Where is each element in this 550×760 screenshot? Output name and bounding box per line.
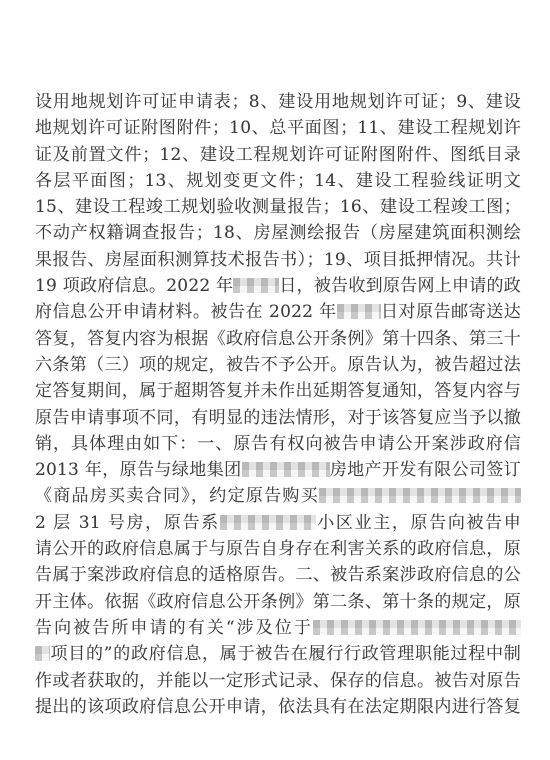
- text-segment: 告向被告所申请的有关“涉及位于: [35, 618, 313, 638]
- text-segment: 日，被告收到原告网上申请的政: [279, 276, 521, 296]
- document-line: 证及前置文件；12、建设工程规划许可证附图附件、图纸目录及: [35, 142, 521, 168]
- text-segment: 作或者获取的，并能以一定形式记录、保存的信息。被告对原告: [35, 671, 521, 691]
- redaction-block: [35, 646, 50, 661]
- redaction-block: [319, 488, 521, 503]
- text-segment: 答复，答复内容为根据《政府信息公开条例》第十四条、第三十: [35, 329, 521, 349]
- document-line: 定答复期间，属于超期答复并未作出延期答复通知，答复内容与: [35, 378, 521, 404]
- redaction-block: [337, 304, 381, 319]
- document-line: 项目的”的政府信息，属于被告在履行行政管理职能过程中制: [35, 641, 521, 667]
- text-segment: 2013 年，原告与绿地集团: [35, 460, 242, 480]
- redaction-block: [313, 620, 521, 635]
- text-segment: 请公开的政府信息属于与原告自身存在利害关系的政府信息，原: [35, 539, 521, 559]
- text-segment: 2 层 31 号房，原告系: [35, 513, 220, 533]
- redaction-block: [242, 462, 330, 477]
- document-line: 设用地规划许可证申请表；8、建设用地规划许可证；9、建设用: [35, 89, 521, 115]
- document-line: 告向被告所申请的有关“涉及位于: [35, 615, 521, 641]
- text-segment: 项目的”的政府信息，属于被告在履行行政管理职能过程中制: [50, 644, 521, 664]
- document-line: 15、建设工程竣工规划验收测量报告；16、建设工程竣工图；17、: [35, 194, 521, 220]
- document-line: 各层平面图；13、规划变更文件；14、建设工程验线证明文件；: [35, 168, 521, 194]
- text-segment: 19 项政府信息。2022 年: [35, 276, 233, 296]
- document-line: 2 层 31 号房，原告系小区业主，原告向被告申: [35, 510, 521, 536]
- document-line: 请公开的政府信息属于与原告自身存在利害关系的政府信息，原: [35, 536, 521, 562]
- document-line: 地规划许可证附图附件；10、总平面图；11、建设工程规划许可: [35, 115, 521, 141]
- document-line: 开主体。依据《政府信息公开条例》第二条、第十条的规定，原: [35, 589, 521, 615]
- redaction-block: [220, 515, 316, 530]
- document-line: 告属于案涉政府信息的适格原告。二、被告系案涉政府信息的公: [35, 562, 521, 588]
- text-segment: 果报告、房屋面积测算技术报告书）；19、项目抵押情况。共计: [35, 250, 521, 270]
- document-line: 不动产权籍调查报告；18、房屋测绘报告（房屋建筑面积测绘成: [35, 220, 521, 246]
- text-segment: 告属于案涉政府信息的适格原告。二、被告系案涉政府信息的公: [35, 565, 521, 585]
- document-line: 《商品房买卖合同》，约定原告购买: [35, 483, 521, 509]
- document-line: 销，具体理由如下：一、原告有权向被告申请公开案涉政府信息。: [35, 431, 521, 457]
- text-segment: 15、建设工程竣工规划验收测量报告；16、建设工程竣工图；17、: [35, 197, 521, 220]
- document-line: 六条第（三）项的规定，被告不予公开。原告认为，被告超过法: [35, 352, 521, 378]
- text-segment: 开主体。依据《政府信息公开条例》第二条、第十条的规定，原: [35, 592, 521, 612]
- document-lines: 设用地规划许可证申请表；8、建设用地规划许可证；9、建设用地规划许可证附图附件；…: [35, 89, 521, 720]
- document-line: 作或者获取的，并能以一定形式记录、保存的信息。被告对原告: [35, 668, 521, 694]
- text-segment: 地规划许可证附图附件；10、总平面图；11、建设工程规划许可: [35, 118, 521, 141]
- text-segment: 提出的该项政府信息公开申请，依法具有在法定期限内进行答复: [35, 697, 521, 717]
- text-segment: 房地产开发有限公司签订: [330, 460, 521, 480]
- text-segment: 各层平面图；13、规划变更文件；14、建设工程验线证明文件；: [35, 171, 521, 194]
- redaction-block: [233, 278, 279, 293]
- text-segment: 六条第（三）项的规定，被告不予公开。原告认为，被告超过法: [35, 355, 521, 375]
- document-line: 答复，答复内容为根据《政府信息公开条例》第十四条、第三十: [35, 326, 521, 352]
- text-segment: 销，具体理由如下：一、原告有权向被告申请公开案涉政府信息。: [35, 434, 521, 457]
- document-line: 2013 年，原告与绿地集团房地产开发有限公司签订: [35, 457, 521, 483]
- text-segment: 定答复期间，属于超期答复并未作出延期答复通知，答复内容与: [35, 381, 521, 401]
- text-segment: 小区业主，原告向被告申: [316, 513, 521, 533]
- text-segment: 证及前置文件；12、建设工程规划许可证附图附件、图纸目录及: [35, 145, 521, 168]
- text-segment: 设用地规划许可证申请表；8、建设用地规划许可证；9、建设用: [35, 92, 521, 115]
- document-line: 提出的该项政府信息公开申请，依法具有在法定期限内进行答复: [35, 694, 521, 720]
- text-segment: 《商品房买卖合同》，约定原告购买: [35, 486, 319, 506]
- text-segment: 日对原告邮寄送达: [381, 302, 521, 322]
- scanned-document-page: 设用地规划许可证申请表；8、建设用地规划许可证；9、建设用地规划许可证附图附件；…: [0, 0, 550, 760]
- document-line: 原告申请事项不同，有明显的违法情形，对于该答复应当予以撤: [35, 405, 521, 431]
- document-line: 府信息公开申请材料。被告在 2022 年日对原告邮寄送达: [35, 299, 521, 325]
- text-segment: 原告申请事项不同，有明显的违法情形，对于该答复应当予以撤: [35, 408, 521, 428]
- text-segment: 不动产权籍调查报告；18、房屋测绘报告（房屋建筑面积测绘成: [35, 223, 521, 246]
- document-line: 果报告、房屋面积测算技术报告书）；19、项目抵押情况。共计: [35, 247, 521, 273]
- document-line: 19 项政府信息。2022 年日，被告收到原告网上申请的政: [35, 273, 521, 299]
- text-segment: 府信息公开申请材料。被告在 2022 年: [35, 302, 337, 322]
